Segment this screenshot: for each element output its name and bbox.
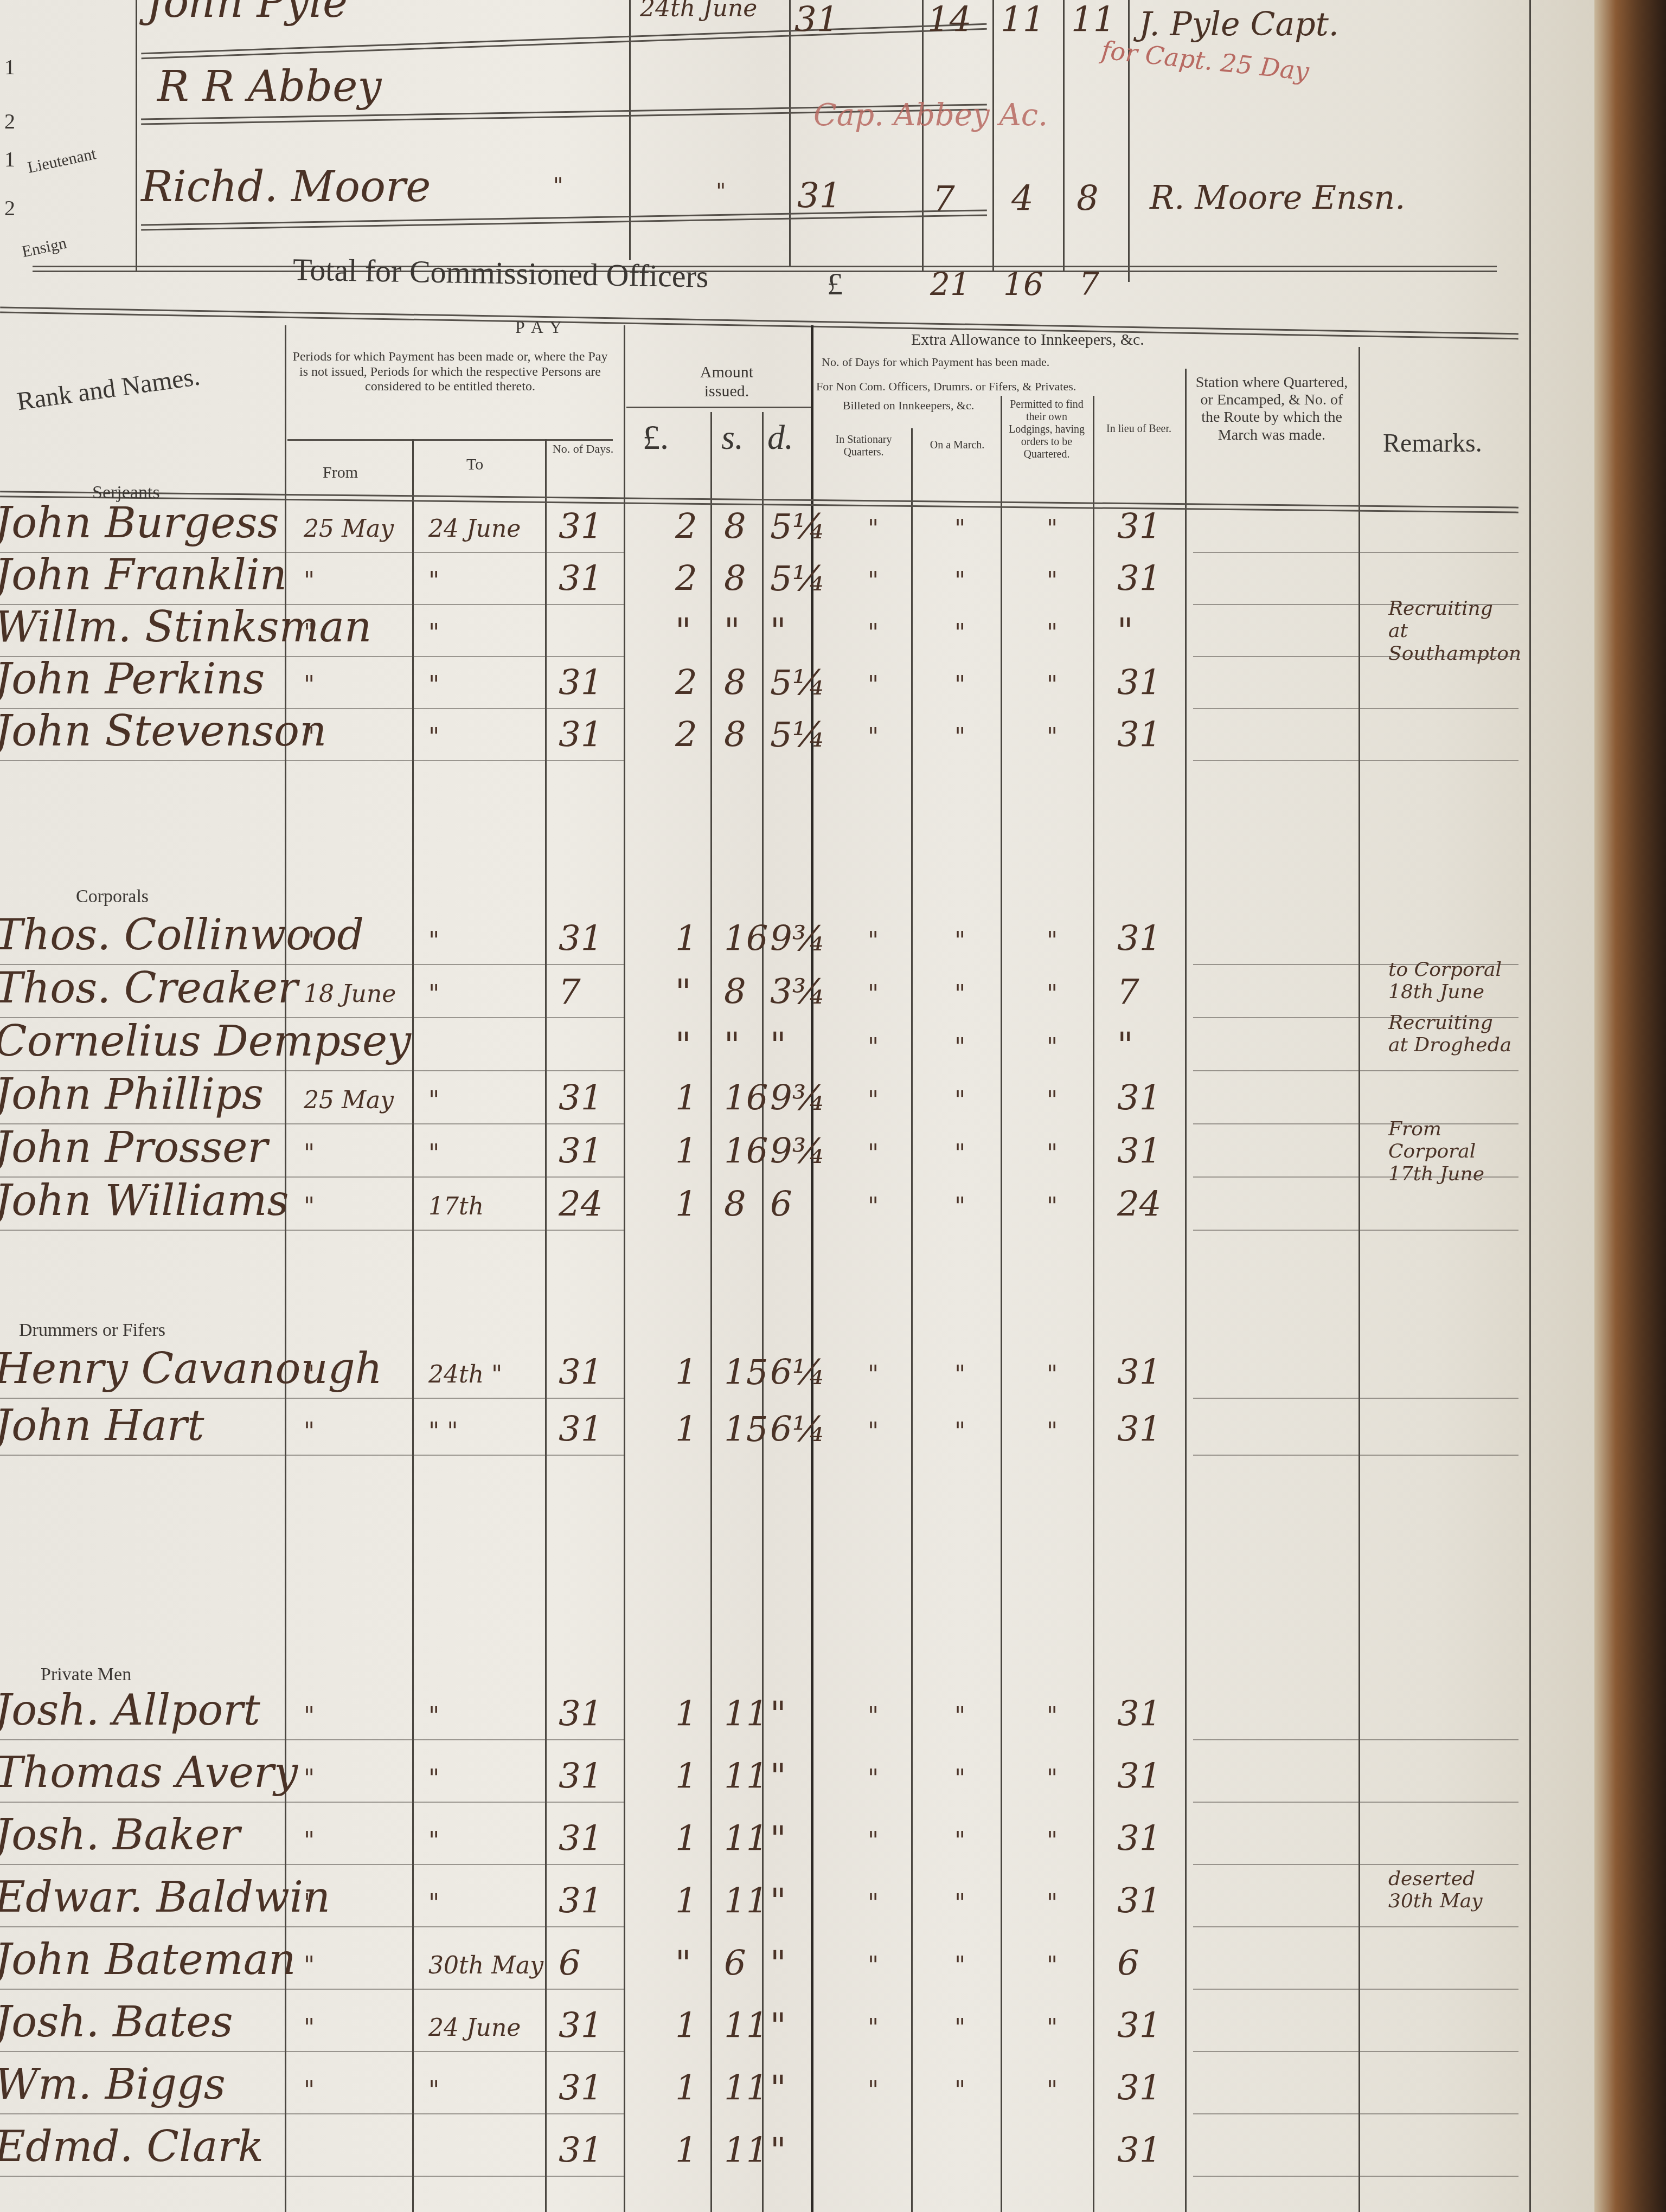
member-name: Willm. Stinksman <box>0 603 371 652</box>
column-divider <box>762 412 764 2212</box>
row-rule <box>1193 2176 1518 2177</box>
row-rule <box>1193 1739 1518 1740</box>
row-rule <box>1193 1989 1518 1990</box>
pay-days: 24 <box>559 1185 603 1225</box>
remark: From Corporal 17th June <box>1388 1118 1518 1185</box>
amount-shillings: 8 <box>724 1185 746 1225</box>
pay-days: 31 <box>559 715 603 755</box>
margin-number: 1 <box>4 146 15 172</box>
row-rule <box>1193 2113 1518 2114</box>
row-rule <box>1193 1176 1518 1178</box>
allowance-stationary: " <box>868 1765 879 1792</box>
column-divider <box>1063 0 1065 271</box>
amount-shillings: 16 <box>724 919 768 959</box>
pay-days: 31 <box>559 507 603 547</box>
column-divider <box>1001 396 1002 2212</box>
pay-days: 31 <box>559 1819 603 1859</box>
row-rule <box>1193 1455 1518 1456</box>
amount-pounds: " <box>675 1944 691 1984</box>
total-label: Total for Commissioned Officers <box>292 251 709 294</box>
amount-shillings: 8 <box>724 507 746 547</box>
allowance-stationary: " <box>868 1361 879 1388</box>
allowance-in-lieu-beer: 31 <box>1117 919 1161 959</box>
allowance-stationary: " <box>868 2076 879 2104</box>
officer-to: " <box>716 179 726 204</box>
header-permitted: Permitted to find their own Lodgings, ha… <box>1003 398 1090 461</box>
pay-days: 31 <box>559 1131 603 1172</box>
officer-from: " <box>553 173 563 198</box>
header-rank-and-names: Rank and Names. <box>15 362 202 417</box>
row-rule <box>0 760 624 761</box>
row-rule <box>1193 1070 1518 1071</box>
amount-pounds: " <box>675 1025 691 1065</box>
header-pounds: £. <box>643 417 669 458</box>
officer-to: 24th June <box>640 0 757 22</box>
amount-shillings: 11 <box>724 2006 768 2046</box>
pay-from: " <box>304 1702 315 1730</box>
allowance-in-lieu-beer: 31 <box>1117 507 1161 547</box>
row-rule <box>141 23 986 59</box>
allowance-stationary: " <box>868 1086 879 1114</box>
allowance-permitted: " <box>1047 1361 1058 1388</box>
allowance-on-march: " <box>954 1361 965 1388</box>
header-from: From <box>323 464 358 482</box>
amount-pence: 3¾ <box>770 972 826 1012</box>
allowance-in-lieu-beer: 31 <box>1117 663 1161 703</box>
header-amount-issued: Amount issued. <box>678 363 776 401</box>
margin-number: 2 <box>4 108 15 134</box>
pay-from: " <box>304 2014 315 2042</box>
pay-to: 24 June <box>428 515 521 543</box>
amount-pence: 5¼ <box>770 559 826 599</box>
allowance-on-march: " <box>954 671 965 699</box>
row-rule <box>0 1398 624 1399</box>
amount-pence: " <box>770 2131 786 2171</box>
pay-to: " <box>428 1086 439 1114</box>
member-name: Josh. Baker <box>0 1811 240 1860</box>
amount-pounds: 1 <box>675 1757 697 1797</box>
header-days-paid: No. of Days for which Payment has been m… <box>822 355 1049 369</box>
allowance-in-lieu-beer: 31 <box>1117 559 1161 599</box>
officer-name: Richd. Moore <box>141 163 431 211</box>
pay-to: 24th " <box>428 1361 502 1388</box>
allowance-stationary: " <box>868 515 879 543</box>
amount-pence: 9¾ <box>770 1078 826 1118</box>
pay-from: " <box>304 927 315 955</box>
officer-pence: 11 <box>1071 0 1115 40</box>
amount-pounds: 1 <box>675 1881 697 1921</box>
allowance-permitted: " <box>1047 1702 1058 1730</box>
amount-pence: 5¼ <box>770 715 826 755</box>
row-rule <box>1193 1802 1518 1803</box>
header-to: To <box>466 455 483 474</box>
pay-to: " <box>428 567 439 595</box>
header-rule <box>626 407 811 408</box>
officer-pounds: 7 <box>933 179 955 219</box>
allowance-on-march: " <box>954 619 965 647</box>
header-station: Station where Quartered, or Encamped, & … <box>1190 374 1353 444</box>
header-billeted: Billeted on Innkeepers, &c. <box>816 398 1001 412</box>
allowance-on-march: " <box>954 927 965 955</box>
allowance-stationary: " <box>868 1952 879 1979</box>
rank-label-lieutenant: Lieutenant <box>26 145 98 177</box>
amount-shillings: 6 <box>724 1944 746 1984</box>
amount-shillings: 8 <box>724 715 746 755</box>
allowance-in-lieu-beer: 31 <box>1117 1353 1161 1393</box>
pay-from: " <box>304 2076 315 2104</box>
amount-shillings: 11 <box>724 1819 768 1859</box>
amount-shillings: 8 <box>724 663 746 703</box>
column-divider-heavy <box>811 325 813 2212</box>
row-rule <box>0 1230 624 1231</box>
allowance-permitted: " <box>1047 927 1058 955</box>
column-divider <box>412 439 414 2212</box>
officer-receipt-signature: J. Pyle Capt. <box>1139 5 1339 43</box>
pay-days: 31 <box>559 1410 603 1450</box>
amount-pence: 6¼ <box>770 1353 826 1393</box>
allowance-permitted: " <box>1047 1827 1058 1855</box>
pay-to: " <box>428 619 439 647</box>
row-rule <box>1193 552 1518 553</box>
pay-days: 31 <box>559 1757 603 1797</box>
header-rule <box>0 307 1518 340</box>
column-divider <box>789 0 791 266</box>
amount-pence: 5¼ <box>770 507 826 547</box>
allowance-stationary: " <box>868 1889 879 1917</box>
column-divider <box>1359 347 1360 2212</box>
allowance-stationary: " <box>868 2014 879 2042</box>
allowance-on-march: " <box>954 723 965 751</box>
amount-pence: 6¼ <box>770 1410 826 1450</box>
pay-days: 31 <box>559 663 603 703</box>
pay-to: " <box>428 1140 439 1167</box>
allowance-in-lieu-beer: 31 <box>1117 1757 1161 1797</box>
pay-to: 24 June <box>428 2014 521 2042</box>
amount-shillings: 11 <box>724 2131 768 2171</box>
row-rule <box>1193 708 1518 709</box>
allowance-stationary: " <box>868 1827 879 1855</box>
allowance-on-march: " <box>954 1765 965 1792</box>
total-currency: £ <box>827 266 843 302</box>
amount-pounds: " <box>675 611 691 651</box>
pay-days: 31 <box>559 1353 603 1393</box>
allowance-in-lieu-beer: 7 <box>1117 972 1139 1012</box>
pay-to: " <box>428 927 439 955</box>
amount-pounds: 2 <box>675 715 697 755</box>
officer-shillings: 11 <box>1001 0 1045 40</box>
pay-days: 31 <box>559 2068 603 2108</box>
allowance-in-lieu-beer: 31 <box>1117 1881 1161 1921</box>
row-rule <box>1193 760 1518 761</box>
allowance-permitted: " <box>1047 1418 1058 1445</box>
pay-from: " <box>304 619 315 647</box>
column-divider <box>710 412 712 2212</box>
member-name: John Perkins <box>0 655 265 704</box>
row-rule <box>0 2113 624 2114</box>
row-rule <box>1193 656 1518 657</box>
amount-pounds: 1 <box>675 1410 697 1450</box>
allowance-permitted: " <box>1047 1889 1058 1917</box>
allowance-on-march: " <box>954 2014 965 2042</box>
member-name: Cornelius Dempsey <box>0 1017 411 1066</box>
allowance-on-march: " <box>954 1889 965 1917</box>
row-rule <box>0 1989 624 1990</box>
amount-shillings: 15 <box>724 1353 768 1393</box>
amount-pounds: 1 <box>675 2068 697 2108</box>
allowance-on-march: " <box>954 1702 965 1730</box>
amount-pounds: 1 <box>675 1131 697 1172</box>
pay-from: " <box>304 1361 315 1388</box>
member-name: John Stevenson <box>0 707 326 756</box>
column-divider <box>1185 369 1187 2212</box>
row-rule <box>33 266 1497 272</box>
amount-pounds: 1 <box>675 1353 697 1393</box>
allowance-in-lieu-beer: 31 <box>1117 2006 1161 2046</box>
header-in-lieu-beer: In lieu of Beer. <box>1098 423 1180 435</box>
amount-pounds: 1 <box>675 2131 697 2171</box>
member-name: John Franklin <box>0 551 287 600</box>
column-divider <box>545 439 547 2212</box>
pay-days: 31 <box>559 1881 603 1921</box>
column-divider <box>992 0 994 271</box>
pay-from: " <box>304 1140 315 1167</box>
pay-days: 31 <box>559 1078 603 1118</box>
header-no-of-days: No. of Days. <box>548 442 618 455</box>
allowance-stationary: " <box>868 723 879 751</box>
amount-shillings: 11 <box>724 2068 768 2108</box>
allowance-stationary: " <box>868 671 879 699</box>
column-divider <box>922 0 924 271</box>
member-name: John Burgess <box>0 499 279 548</box>
margin-number: 2 <box>4 195 15 221</box>
column-divider <box>624 325 625 2212</box>
amount-shillings: " <box>724 611 740 651</box>
amount-pounds: " <box>675 972 691 1012</box>
allowance-permitted: " <box>1047 1952 1058 1979</box>
pay-to: " <box>428 671 439 699</box>
pay-to: " <box>428 1889 439 1917</box>
remark: deserted 30th May <box>1388 1868 1518 1913</box>
amount-pence: " <box>770 1944 786 1984</box>
amount-pounds: 1 <box>675 2006 697 2046</box>
member-name: John Phillips <box>0 1070 264 1119</box>
member-name: Henry Cavanough <box>0 1345 382 1393</box>
allowance-in-lieu-beer: 31 <box>1117 1410 1161 1450</box>
amount-pence: " <box>770 1694 786 1734</box>
pay-to: " <box>428 980 439 1008</box>
allowance-in-lieu-beer: 31 <box>1117 1078 1161 1118</box>
allowance-on-march: " <box>954 980 965 1008</box>
pay-from: 25 May <box>304 515 394 543</box>
amount-shillings: " <box>724 1025 740 1065</box>
column-divider <box>136 0 137 271</box>
member-name: John Prosser <box>0 1123 268 1172</box>
amount-pence: " <box>770 2068 786 2108</box>
officer-receipt-signature: R. Moore Ensn. <box>1150 179 1405 217</box>
amount-pence: 5¼ <box>770 663 826 703</box>
total-shillings: 16 <box>1003 266 1043 303</box>
header-on-march: On a March. <box>917 439 998 452</box>
allowance-permitted: " <box>1047 1086 1058 1114</box>
pay-from: 25 May <box>304 1086 394 1114</box>
header-shillings: s. <box>721 417 744 458</box>
allowance-permitted: " <box>1047 671 1058 699</box>
row-rule <box>0 1926 624 1927</box>
pay-from: " <box>304 1765 315 1792</box>
pay-to: " <box>428 1702 439 1730</box>
pay-from: " <box>304 1952 315 1979</box>
allowance-in-lieu-beer: 31 <box>1117 715 1161 755</box>
pay-days: 31 <box>559 559 603 599</box>
officer-days: 31 <box>794 0 838 40</box>
remark: to Corporal 18th June <box>1388 959 1518 1004</box>
member-name: John Hart <box>0 1401 204 1450</box>
pay-days: 6 <box>559 1944 581 1984</box>
pay-days: 31 <box>559 2006 603 2046</box>
allowance-on-march: " <box>954 1033 965 1061</box>
header-rule <box>287 439 613 441</box>
pay-to: " <box>428 1765 439 1792</box>
allowance-permitted: " <box>1047 2014 1058 2042</box>
allowance-in-lieu-beer: " <box>1117 611 1133 651</box>
member-name: John Bateman <box>0 1935 296 1984</box>
allowance-permitted: " <box>1047 567 1058 595</box>
pay-from: " <box>304 567 315 595</box>
allowance-on-march: " <box>954 515 965 543</box>
header-pence: d. <box>767 417 793 458</box>
pay-days: 31 <box>559 2131 603 2171</box>
amount-pounds: 1 <box>675 919 697 959</box>
allowance-permitted: " <box>1047 1765 1058 1792</box>
officer-name: R R Abbey <box>157 62 381 111</box>
officer-pence: 8 <box>1077 179 1099 219</box>
row-rule <box>1193 1864 1518 1865</box>
member-name: Thomas Avery <box>0 1748 298 1797</box>
allowance-on-march: " <box>954 1086 965 1114</box>
amount-pence: " <box>770 611 786 651</box>
total-pence: 7 <box>1079 266 1099 303</box>
pay-days: 31 <box>559 1694 603 1734</box>
pay-to: 30th May <box>428 1952 543 1979</box>
amount-shillings: 16 <box>724 1131 768 1172</box>
allowance-in-lieu-beer: 31 <box>1117 2068 1161 2108</box>
amount-shillings: 8 <box>724 559 746 599</box>
row-rule <box>1193 2051 1518 2052</box>
amount-pence: " <box>770 1881 786 1921</box>
header-periods: Periods for which Payment has been made … <box>287 350 613 395</box>
ledger-page: 1 2 1 2 Lieutenant Ensign John Pyle 24th… <box>0 0 1594 2212</box>
amount-shillings: 8 <box>724 972 746 1012</box>
allowance-permitted: " <box>1047 2076 1058 2104</box>
pay-from: " <box>304 1889 315 1917</box>
total-pounds: 21 <box>930 266 970 303</box>
row-rule <box>0 1739 624 1740</box>
pay-from: " <box>304 1418 315 1445</box>
pay-to: " <box>428 723 439 751</box>
amount-pounds: 1 <box>675 1694 697 1734</box>
amount-shillings: 11 <box>724 1881 768 1921</box>
allowance-on-march: " <box>954 1952 965 1979</box>
allowance-stationary: " <box>868 1033 879 1061</box>
amount-pence: 9¾ <box>770 919 826 959</box>
row-rule <box>0 1802 624 1803</box>
section-label: Drummers or Fifers <box>19 1320 165 1341</box>
allowance-stationary: " <box>868 619 879 647</box>
amount-pounds: 2 <box>675 663 697 703</box>
column-divider <box>911 428 913 2212</box>
row-rule <box>0 2051 624 2052</box>
amount-pence: " <box>770 1757 786 1797</box>
row-rule <box>0 2176 624 2177</box>
header-extra-allowance: Extra Allowance to Innkeepers, &c. <box>911 331 1144 349</box>
allowance-stationary: " <box>868 1702 879 1730</box>
allowance-permitted: " <box>1047 515 1058 543</box>
allowance-permitted: " <box>1047 980 1058 1008</box>
allowance-in-lieu-beer: 31 <box>1117 2131 1161 2171</box>
pay-from: " <box>304 671 315 699</box>
member-name: Thos. Creaker <box>0 964 298 1013</box>
rank-label-ensign: Ensign <box>20 234 68 262</box>
allowance-on-march: " <box>954 2076 965 2104</box>
member-name: Edwar. Baldwin <box>0 1873 330 1922</box>
amount-pence: 6 <box>770 1185 792 1225</box>
amount-pounds: 2 <box>675 559 697 599</box>
allowance-stationary: " <box>868 567 879 595</box>
page-edge-line <box>1529 0 1531 2212</box>
allowance-permitted: " <box>1047 1193 1058 1220</box>
allowance-stationary: " <box>868 980 879 1008</box>
officer-name: John Pyle <box>146 0 348 27</box>
pay-to: " <box>428 2076 439 2104</box>
allowance-in-lieu-beer: 24 <box>1117 1185 1161 1225</box>
allowance-in-lieu-beer: 31 <box>1117 1131 1161 1172</box>
pay-from: " <box>304 1193 315 1220</box>
row-rule <box>1193 1398 1518 1399</box>
header-for-non-com: For Non Com. Officers, Drumrs. or Fifers… <box>816 380 1076 394</box>
amount-shillings: 11 <box>724 1757 768 1797</box>
amount-pence: " <box>770 1025 786 1065</box>
allowance-on-march: " <box>954 1193 965 1220</box>
member-name: Josh. Bates <box>0 1998 233 2047</box>
officer-days: 31 <box>797 176 841 216</box>
remark: Recruiting at Southampton <box>1388 597 1518 665</box>
allowance-on-march: " <box>954 1140 965 1167</box>
amount-shillings: 11 <box>724 1694 768 1734</box>
allowance-stationary: " <box>868 1193 879 1220</box>
allowance-stationary: " <box>868 1140 879 1167</box>
amount-shillings: 15 <box>724 1410 768 1450</box>
pay-to: " " <box>428 1418 458 1445</box>
section-label: Corporals <box>76 886 149 907</box>
pay-days: 7 <box>559 972 581 1012</box>
amount-pounds: 1 <box>675 1078 697 1118</box>
allowance-in-lieu-beer: 6 <box>1117 1944 1139 1984</box>
member-name: Josh. Allport <box>0 1686 260 1735</box>
allowance-on-march: " <box>954 1418 965 1445</box>
amount-shillings: 16 <box>724 1078 768 1118</box>
pay-from: " <box>304 1827 315 1855</box>
pay-to: " <box>428 1827 439 1855</box>
member-name: Edmd. Clark <box>0 2123 264 2171</box>
column-divider <box>1093 396 1094 2212</box>
amount-pounds: 1 <box>675 1185 697 1225</box>
row-rule <box>0 1864 624 1865</box>
allowance-permitted: " <box>1047 723 1058 751</box>
amount-pence: " <box>770 1819 786 1859</box>
allowance-in-lieu-beer: " <box>1117 1025 1133 1065</box>
member-name: Wm. Biggs <box>0 2060 226 2109</box>
officer-pounds: 14 <box>927 0 971 40</box>
